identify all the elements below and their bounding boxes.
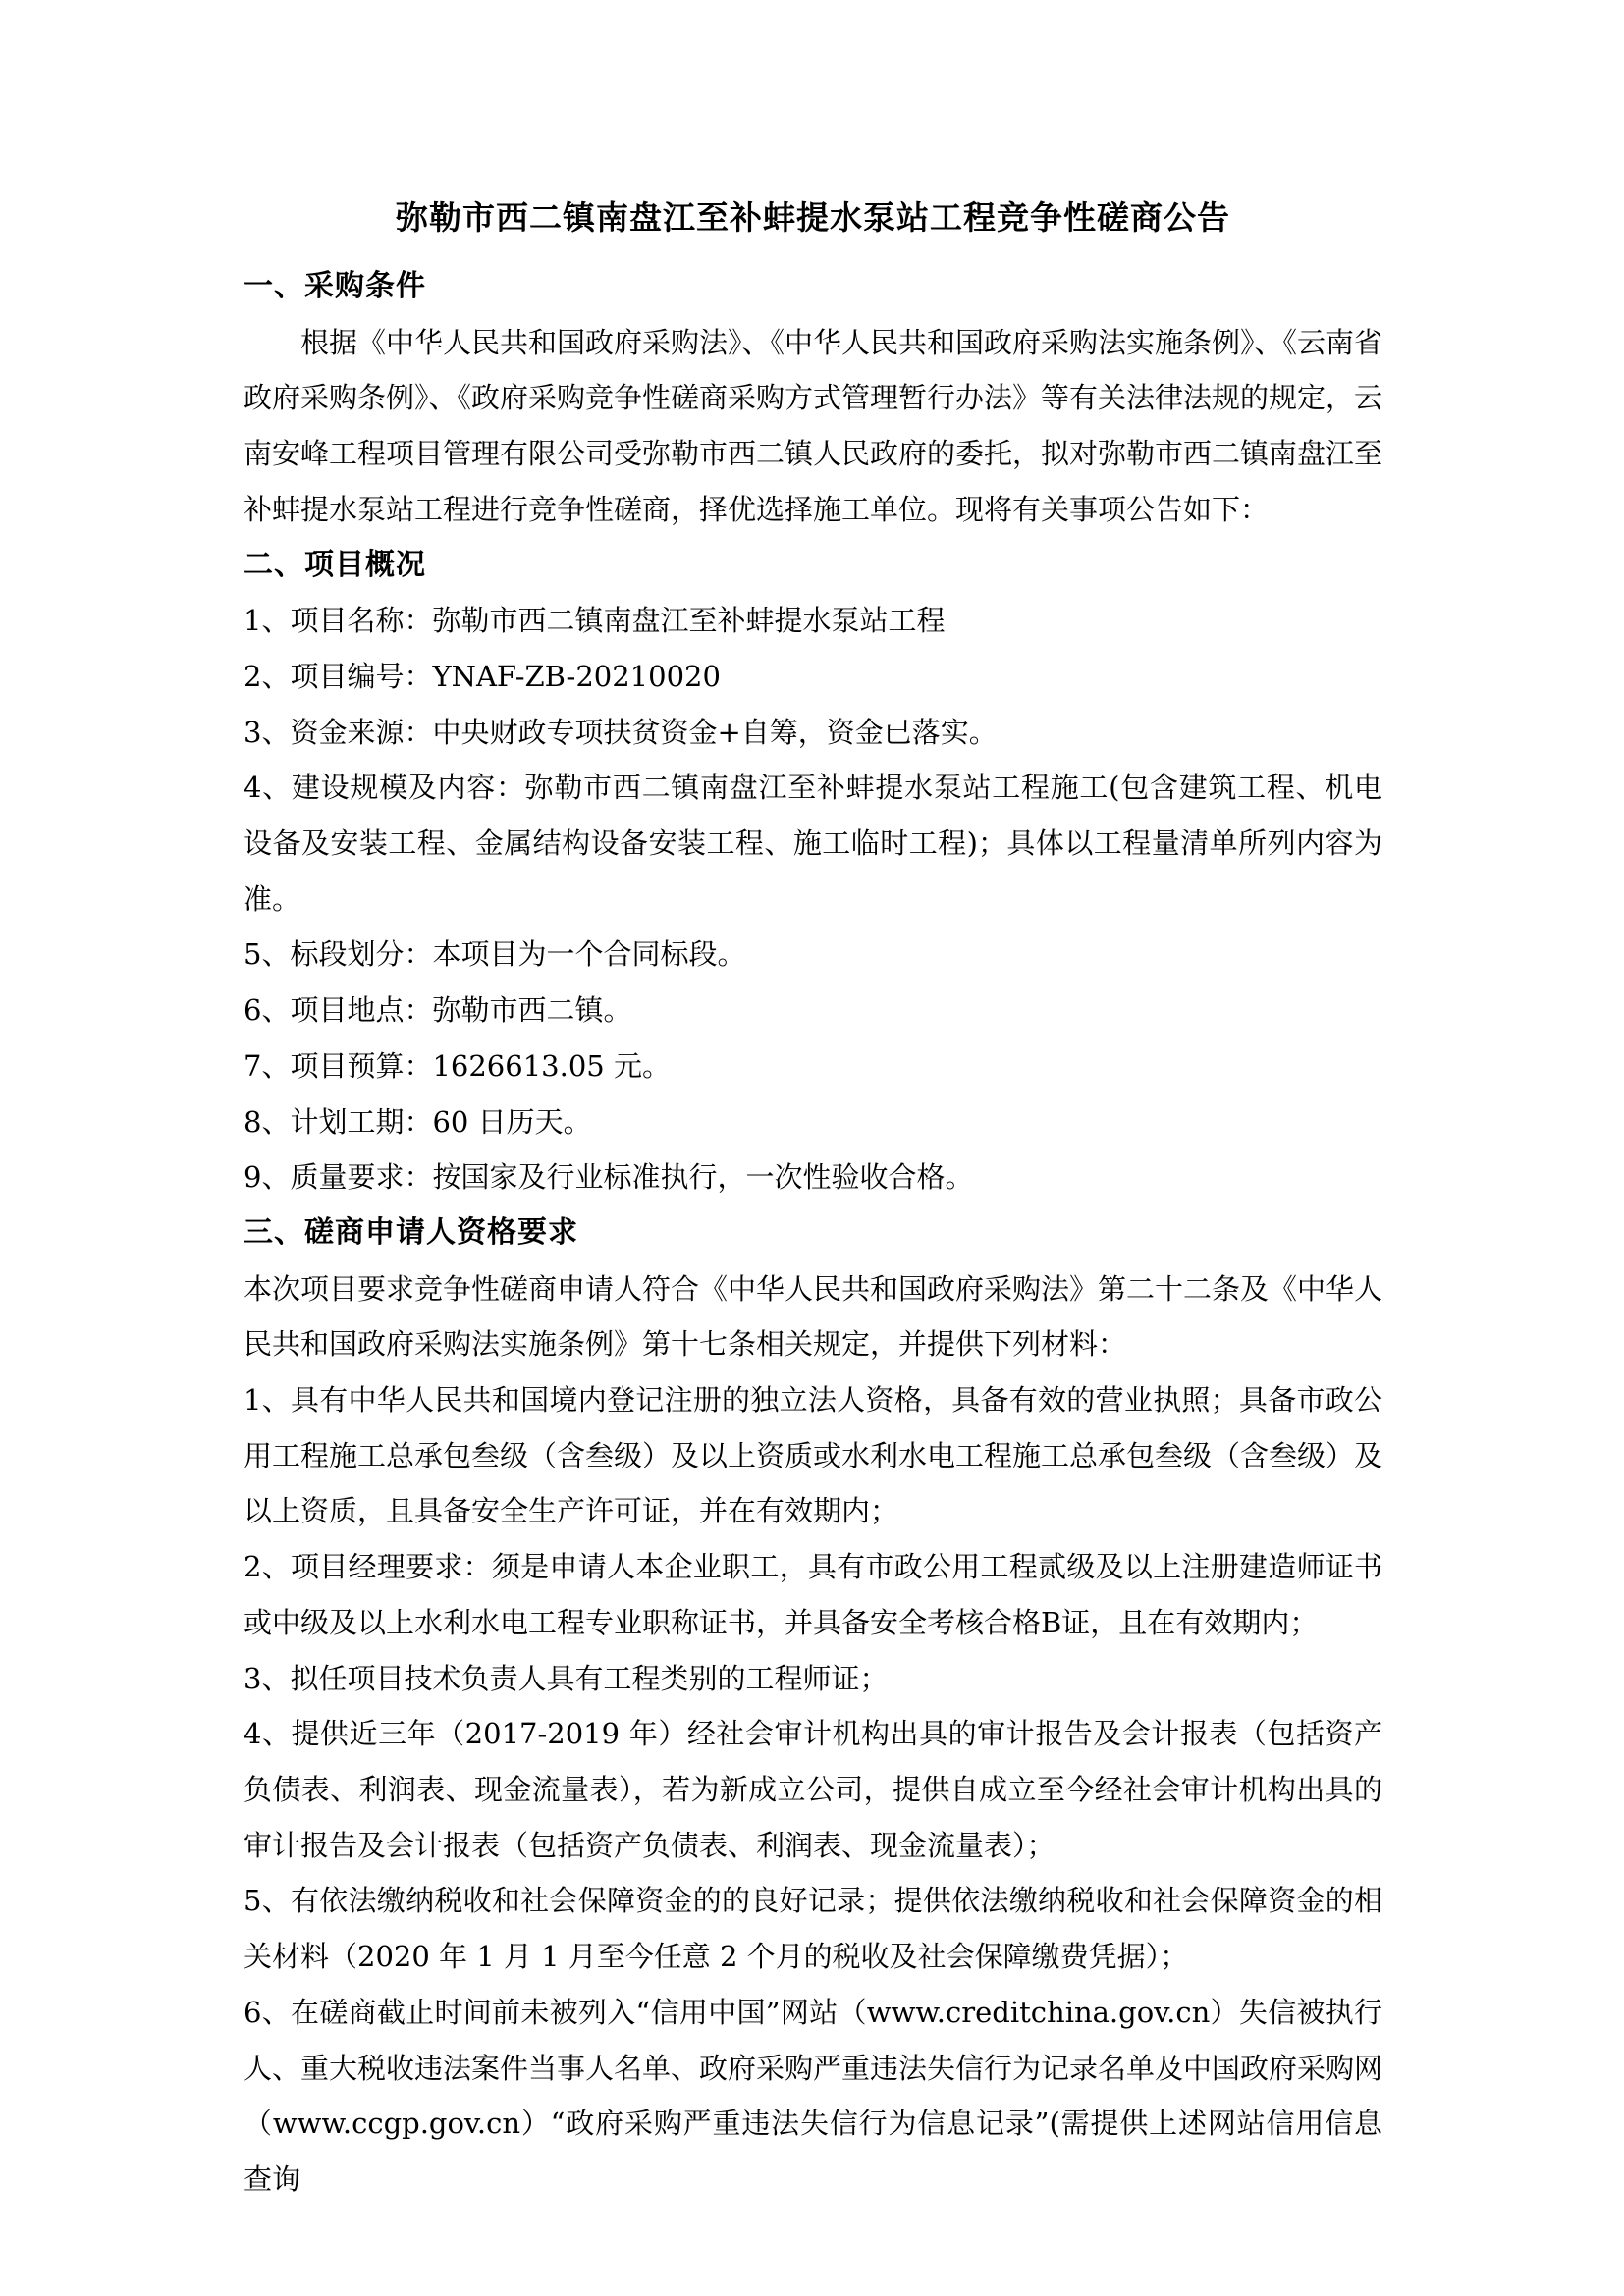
section-heading-project-overview: 二、项目概况: [244, 538, 1382, 594]
item-qualification-legal-entity: 1、具有中华人民共和国境内登记注册的独立法人资格，具备有效的营业执照；具备市政公…: [244, 1372, 1382, 1539]
section-heading-procurement-conditions: 一、采购条件: [244, 259, 1382, 315]
item-project-number: 2、项目编号：YNAF-ZB-20210020: [244, 649, 1382, 705]
item-project-location: 6、项目地点：弥勒市西二镇。: [244, 983, 1382, 1039]
document-page: 弥勒市西二镇南盘江至补蚌提水泵站工程竞争性磋商公告 一、采购条件 根据《中华人民…: [0, 0, 1624, 2296]
procurement-conditions-paragraph: 根据《中华人民共和国政府采购法》、《中华人民共和国政府采购法实施条例》、《云南省…: [244, 315, 1382, 538]
document-title: 弥勒市西二镇南盘江至补蚌提水泵站工程竞争性磋商公告: [244, 196, 1382, 240]
item-qualification-credit-record: 6、在磋商截止时间前未被列入“信用中国”网站（www.creditchina.g…: [244, 1985, 1382, 2208]
item-project-budget: 7、项目预算：1626613.05 元。: [244, 1039, 1382, 1095]
item-qualification-technical-lead: 3、拟任项目技术负责人具有工程类别的工程师证；: [244, 1651, 1382, 1707]
applicant-qualifications-paragraph: 本次项目要求竞争性磋商申请人符合《中华人民共和国政府采购法》第二十二条及《中华人…: [244, 1261, 1382, 1372]
item-qualification-project-manager: 2、项目经理要求：须是申请人本企业职工，具有市政公用工程贰级及以上注册建造师证书…: [244, 1539, 1382, 1650]
item-planned-duration: 8、计划工期：60 日历天。: [244, 1095, 1382, 1150]
document-content: 弥勒市西二镇南盘江至补蚌提水泵站工程竞争性磋商公告 一、采购条件 根据《中华人民…: [244, 0, 1382, 2208]
item-qualification-tax-social-security: 5、有依法缴纳税收和社会保障资金的的良好记录；提供依法缴纳税收和社会保障资金的相…: [244, 1873, 1382, 1984]
item-scope-content: 4、建设规模及内容：弥勒市西二镇南盘江至补蚌提水泵站工程施工(包含建筑工程、机电…: [244, 760, 1382, 927]
item-funding-source: 3、资金来源：中央财政专项扶贫资金+自筹，资金已落实。: [244, 705, 1382, 761]
item-bid-sections: 5、标段划分：本项目为一个合同标段。: [244, 927, 1382, 983]
item-qualification-audit-reports: 4、提供近三年（2017-2019 年）经社会审计机构出具的审计报告及会计报表（…: [244, 1706, 1382, 1873]
section-heading-applicant-qualifications: 三、磋商申请人资格要求: [244, 1205, 1382, 1261]
item-quality-requirement: 9、质量要求：按国家及行业标准执行，一次性验收合格。: [244, 1149, 1382, 1205]
item-project-name: 1、项目名称：弥勒市西二镇南盘江至补蚌提水泵站工程: [244, 593, 1382, 649]
